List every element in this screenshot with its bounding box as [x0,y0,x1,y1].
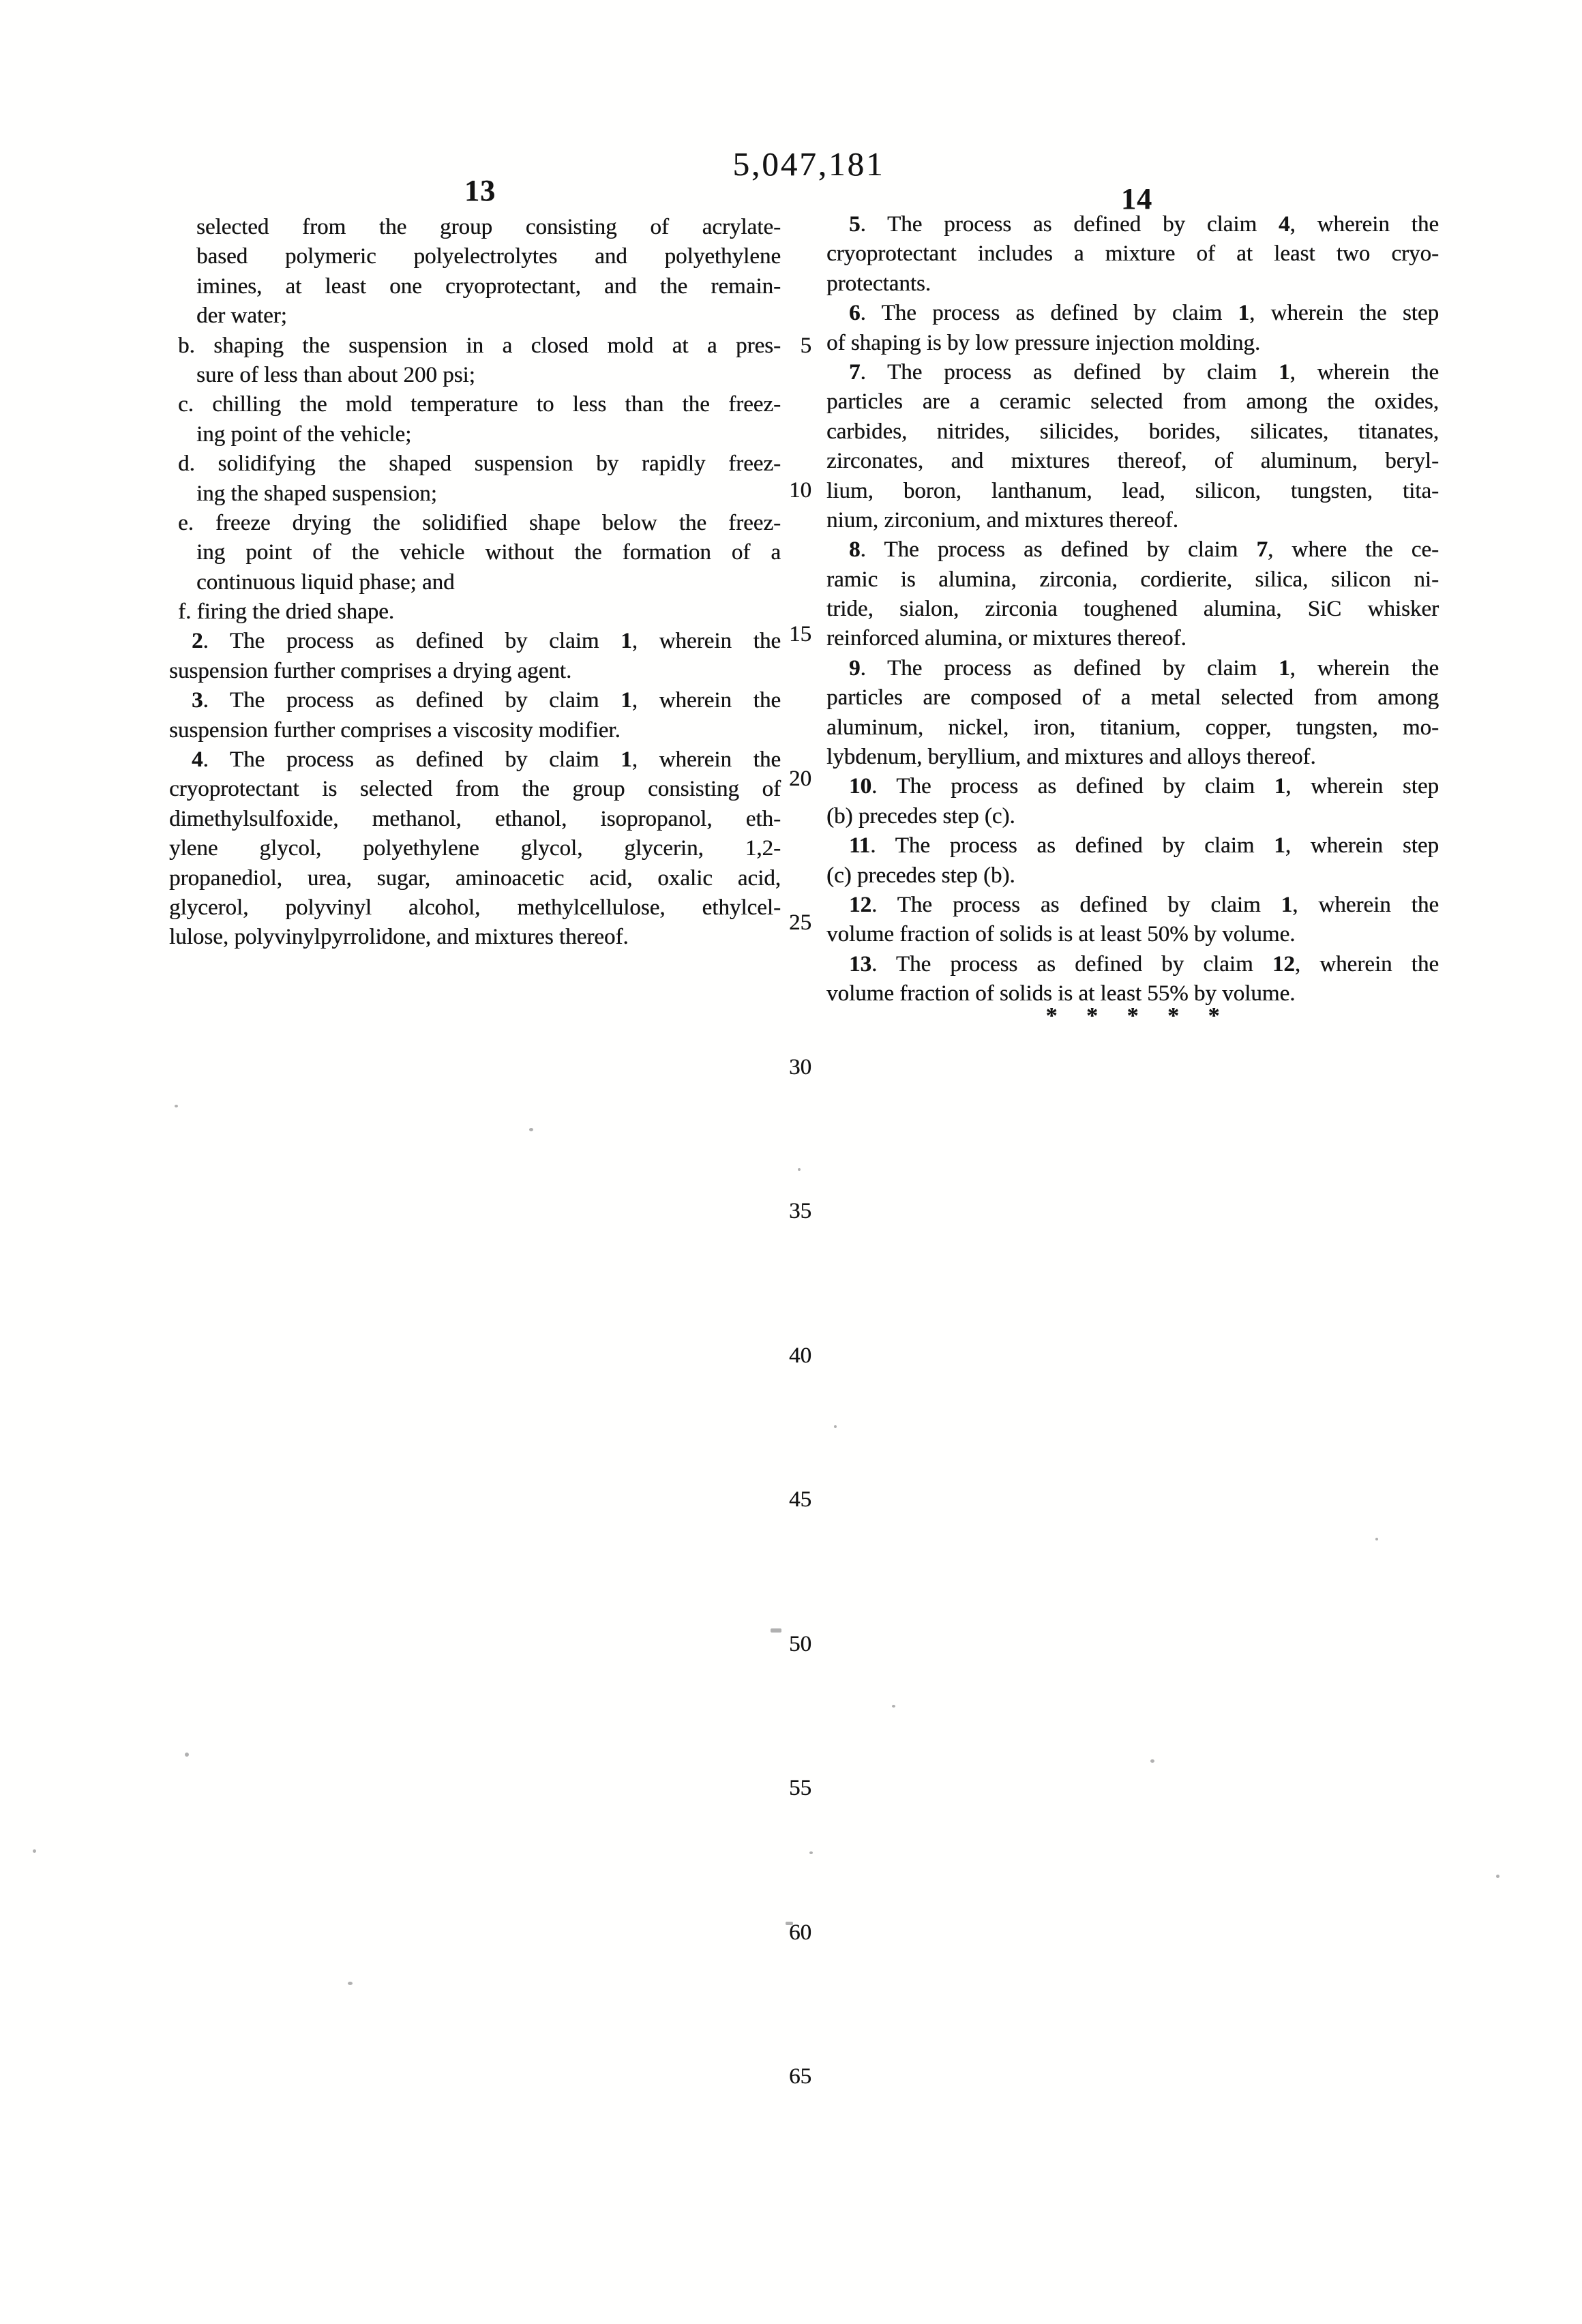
text-line: d. solidifying the shaped suspension by … [169,449,781,479]
text-line: 11. The process as defined by claim 1, w… [826,831,1439,861]
text-line: dimethylsulfoxide, methanol, ethanol, is… [169,805,781,834]
text-line: 13. The process as defined by claim 12, … [826,950,1439,979]
text-line: (c) precedes step (b). [826,861,1439,891]
gutter-line-number: 35 [743,1197,811,1226]
text-line: zirconates, and mixtures thereof, of alu… [826,447,1439,476]
right-column: 5. The process as defined by claim 4, wh… [826,210,1439,1039]
scan-speck [834,1425,837,1428]
text-line: 3. The process as defined by claim 1, wh… [169,686,781,715]
text-line: of shaping is by low pressure injection … [826,329,1439,358]
text-line: 12. The process as defined by claim 1, w… [826,891,1439,920]
text-line: cryoprotectant includes a mixture of at … [826,239,1439,269]
text-line: ylene glycol, polyethylene glycol, glyce… [169,834,781,863]
text-line: selected from the group consisting of ac… [169,213,781,242]
patent-number: 5,047,181 [18,145,1582,183]
scan-speck [676,638,679,641]
text-line: 8. The process as defined by claim 7, wh… [826,535,1439,565]
gutter-line-number: 55 [743,1774,811,1803]
text-line: c. chilling the mold temperature to less… [169,390,781,419]
text-line: 9. The process as defined by claim 1, wh… [826,654,1439,683]
text-line: 4. The process as defined by claim 1, wh… [169,745,781,775]
scan-speck [798,1168,801,1171]
scan-speck [1375,1538,1378,1540]
text-line: particles are a ceramic selected from am… [826,387,1439,417]
text-line: ing point of the vehicle; [169,420,781,449]
text-line: lium, boron, lanthanum, lead, silicon, t… [826,477,1439,506]
text-line: lulose, polyvinylpyrrolidone, and mixtur… [169,923,781,952]
gutter-line-number: 45 [743,1485,811,1515]
gutter-line-number: 10 [743,476,811,505]
text-line: imines, at least one cryoprotectant, and… [169,272,781,301]
gutter-line-number: 60 [743,1918,811,1948]
text-line: ing the shaped suspension; [169,479,781,509]
text-line: 7. The process as defined by claim 1, wh… [826,358,1439,387]
text-line: f. firing the dried shape. [169,597,781,627]
column-number-left: 13 [412,173,548,208]
text-line: b. shaping the suspension in a closed mo… [169,331,781,361]
text-line: der water; [169,301,781,331]
gutter-line-number: 20 [743,764,811,794]
gutter-line-number: 30 [743,1053,811,1082]
text-line: ing point of the vehicle without the for… [169,538,781,567]
scan-speck [175,1105,178,1107]
scan-speck [185,1753,189,1757]
left-column: selected from the group consisting of ac… [169,213,781,953]
text-line: continuous liquid phase; and [169,568,781,597]
text-line: suspension further comprises a drying ag… [169,657,781,686]
text-line: volume fraction of solids is at least 50… [826,920,1439,949]
patent-page: 5,047,181 13 14 selected from the group … [0,0,1582,2324]
asterisk-separator: * * * * * [826,1001,1439,1030]
text-line: tride, sialon, zirconia toughened alumin… [826,595,1439,624]
gutter-line-number: 65 [743,2062,811,2091]
text-line: suspension further comprises a viscosity… [169,716,781,745]
text-line: lybdenum, beryllium, and mixtures and al… [826,743,1439,772]
text-line: 10. The process as defined by claim 1, w… [826,772,1439,801]
text-line: cryoprotectant is selected from the grou… [169,775,781,804]
text-line: reinforced alumina, or mixtures thereof. [826,624,1439,653]
gutter-line-number: 15 [743,620,811,649]
gutter-line-number: 25 [743,908,811,938]
text-line: protectants. [826,269,1439,299]
gutter-line-number: 40 [743,1341,811,1371]
scan-speck [348,1982,353,1985]
text-line: sure of less than about 200 psi; [169,361,781,390]
text-line: based polymeric polyelectrolytes and pol… [169,242,781,271]
text-line: ramic is alumina, zirconia, cordierite, … [826,565,1439,595]
text-line: (b) precedes step (c). [826,802,1439,831]
text-line: e. freeze drying the solidified shape be… [169,509,781,538]
scan-speck [771,1628,781,1633]
text-line: 5. The process as defined by claim 4, wh… [826,210,1439,239]
text-line: glycerol, polyvinyl alcohol, methylcellu… [169,893,781,923]
text-line: propanediol, urea, sugar, aminoacetic ac… [169,864,781,893]
scan-speck [529,1128,533,1131]
text-line: aluminum, nickel, iron, titanium, copper… [826,713,1439,743]
scan-speck [33,1849,36,1853]
scan-speck [892,1705,895,1708]
text-line: particles are composed of a metal select… [826,683,1439,713]
text-line: carbides, nitrides, silicides, borides, … [826,417,1439,447]
text-line: 6. The process as defined by claim 1, wh… [826,299,1439,328]
scan-speck [1496,1875,1499,1878]
scan-speck [786,1922,793,1925]
text-line: 2. The process as defined by claim 1, wh… [169,627,781,656]
scan-speck [1150,1759,1154,1763]
scan-speck [809,1851,813,1854]
text-line: nium, zirconium, and mixtures thereof. [826,506,1439,535]
gutter-line-number: 5 [743,331,811,361]
gutter-line-number: 50 [743,1630,811,1659]
